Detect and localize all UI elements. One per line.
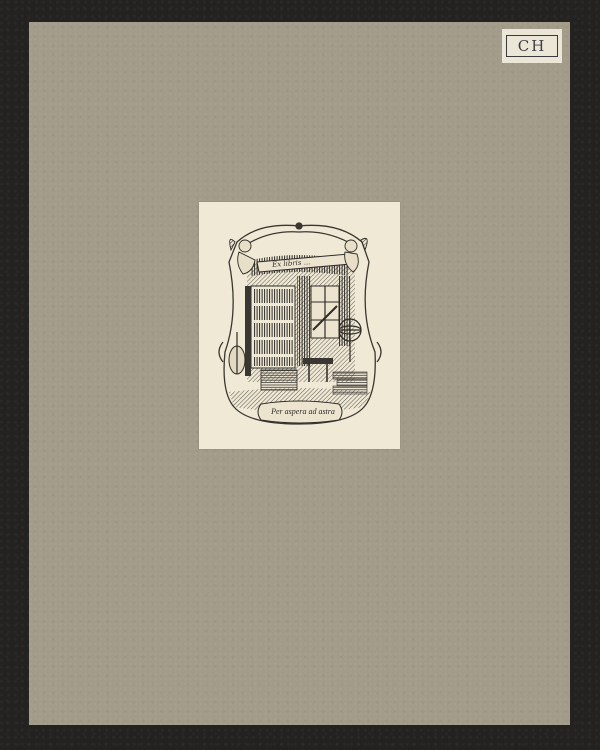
- window: [311, 286, 339, 338]
- bookcase: [245, 286, 295, 376]
- cherub-left: [230, 239, 255, 274]
- collection-stamp-icon: CH: [506, 35, 558, 57]
- cello: [229, 332, 245, 374]
- motto-text: Per aspera ad astra: [263, 407, 343, 416]
- bookplate: Ex libris ... Per aspera ad astra: [199, 202, 400, 449]
- collection-label-text: CH: [518, 37, 547, 55]
- mounting-board: CH: [29, 22, 570, 725]
- collection-label: CH: [502, 29, 562, 63]
